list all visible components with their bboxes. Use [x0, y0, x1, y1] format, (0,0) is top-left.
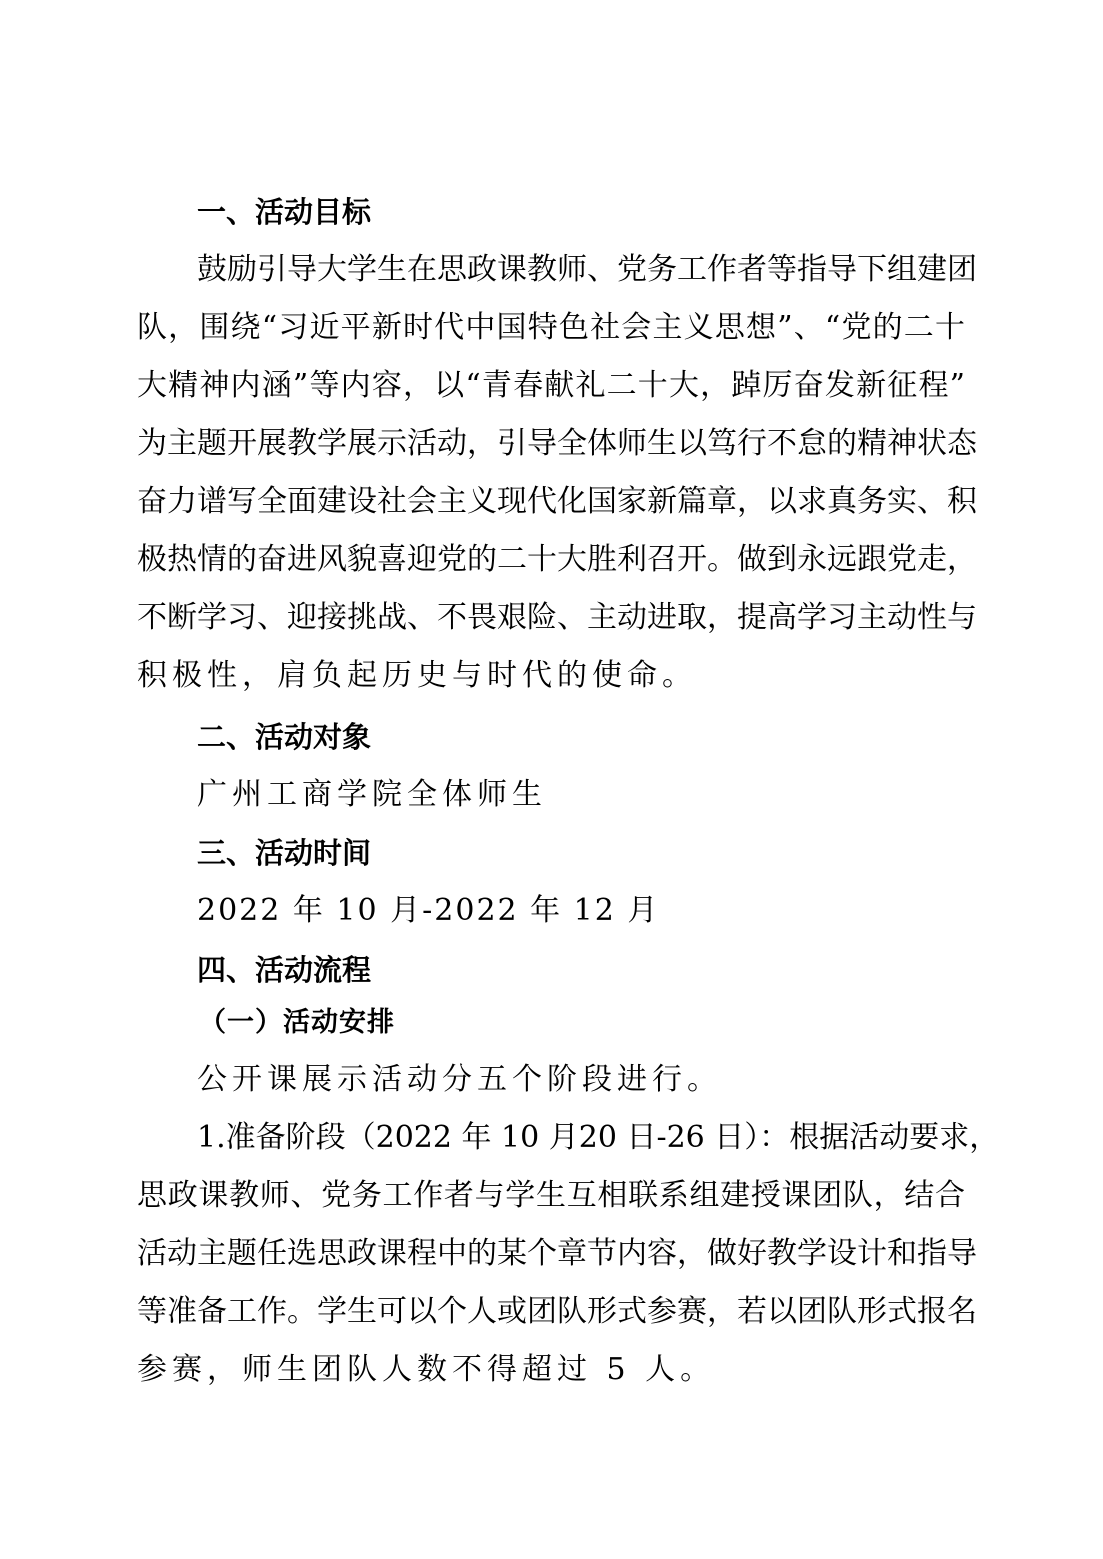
paragraph-line: 1.准备阶段（2022 年 10 月20 日-26 日）：根据活动要求， [197, 1118, 965, 1158]
paragraph-line: 参赛，师生团队人数不得超过 5 人。 [137, 1350, 965, 1390]
paragraph-line: 为主题开展教学展示活动，引导全体师生以笃行不怠的精神状态 [137, 424, 965, 464]
paragraph-line: 极热情的奋进风貌喜迎党的二十大胜利召开。做到永远跟党走， [137, 540, 965, 580]
paragraph-line: 思政课教师、党务工作者与学生互相联系组建授课团队，结合 [137, 1176, 965, 1216]
paragraph-line: 奋力谱写全面建设社会主义现代化国家新篇章，以求真务实、积 [137, 482, 965, 522]
subsection-heading-arrangement: （一）活动安排 [199, 1003, 395, 1043]
paragraph-line: 活动主题任选思政课程中的某个章节内容，做好教学设计和指导 [137, 1234, 965, 1274]
time-text: 2022 年 10 月-2022 年 12 月 [197, 891, 965, 931]
paragraph-line: 鼓励引导大学生在思政课教师、党务工作者等指导下组建团 [197, 250, 965, 290]
section-heading-time: 三、活动时间 [197, 833, 371, 873]
audience-text: 广州工商学院全体师生 [197, 775, 965, 815]
intro-text: 公开课展示活动分五个阶段进行。 [197, 1060, 965, 1100]
section-heading-process: 四、活动流程 [197, 950, 371, 990]
paragraph-line: 等准备工作。学生可以个人或团队形式参赛，若以团队形式报名 [137, 1292, 965, 1332]
paragraph-line: 积极性，肩负起历史与时代的使命。 [137, 656, 965, 696]
section-heading-audience: 二、活动对象 [197, 717, 371, 757]
section-heading-goals: 一、活动目标 [197, 192, 371, 232]
paragraph-line: 大精神内涵”等内容，以“青春献礼二十大，踔厉奋发新征程” [137, 366, 965, 406]
paragraph-line: 队，围绕“习近平新时代中国特色社会主义思想”、“党的二十 [137, 308, 965, 348]
paragraph-line: 不断学习、迎接挑战、不畏艰险、主动进取，提高学习主动性与 [137, 598, 965, 638]
